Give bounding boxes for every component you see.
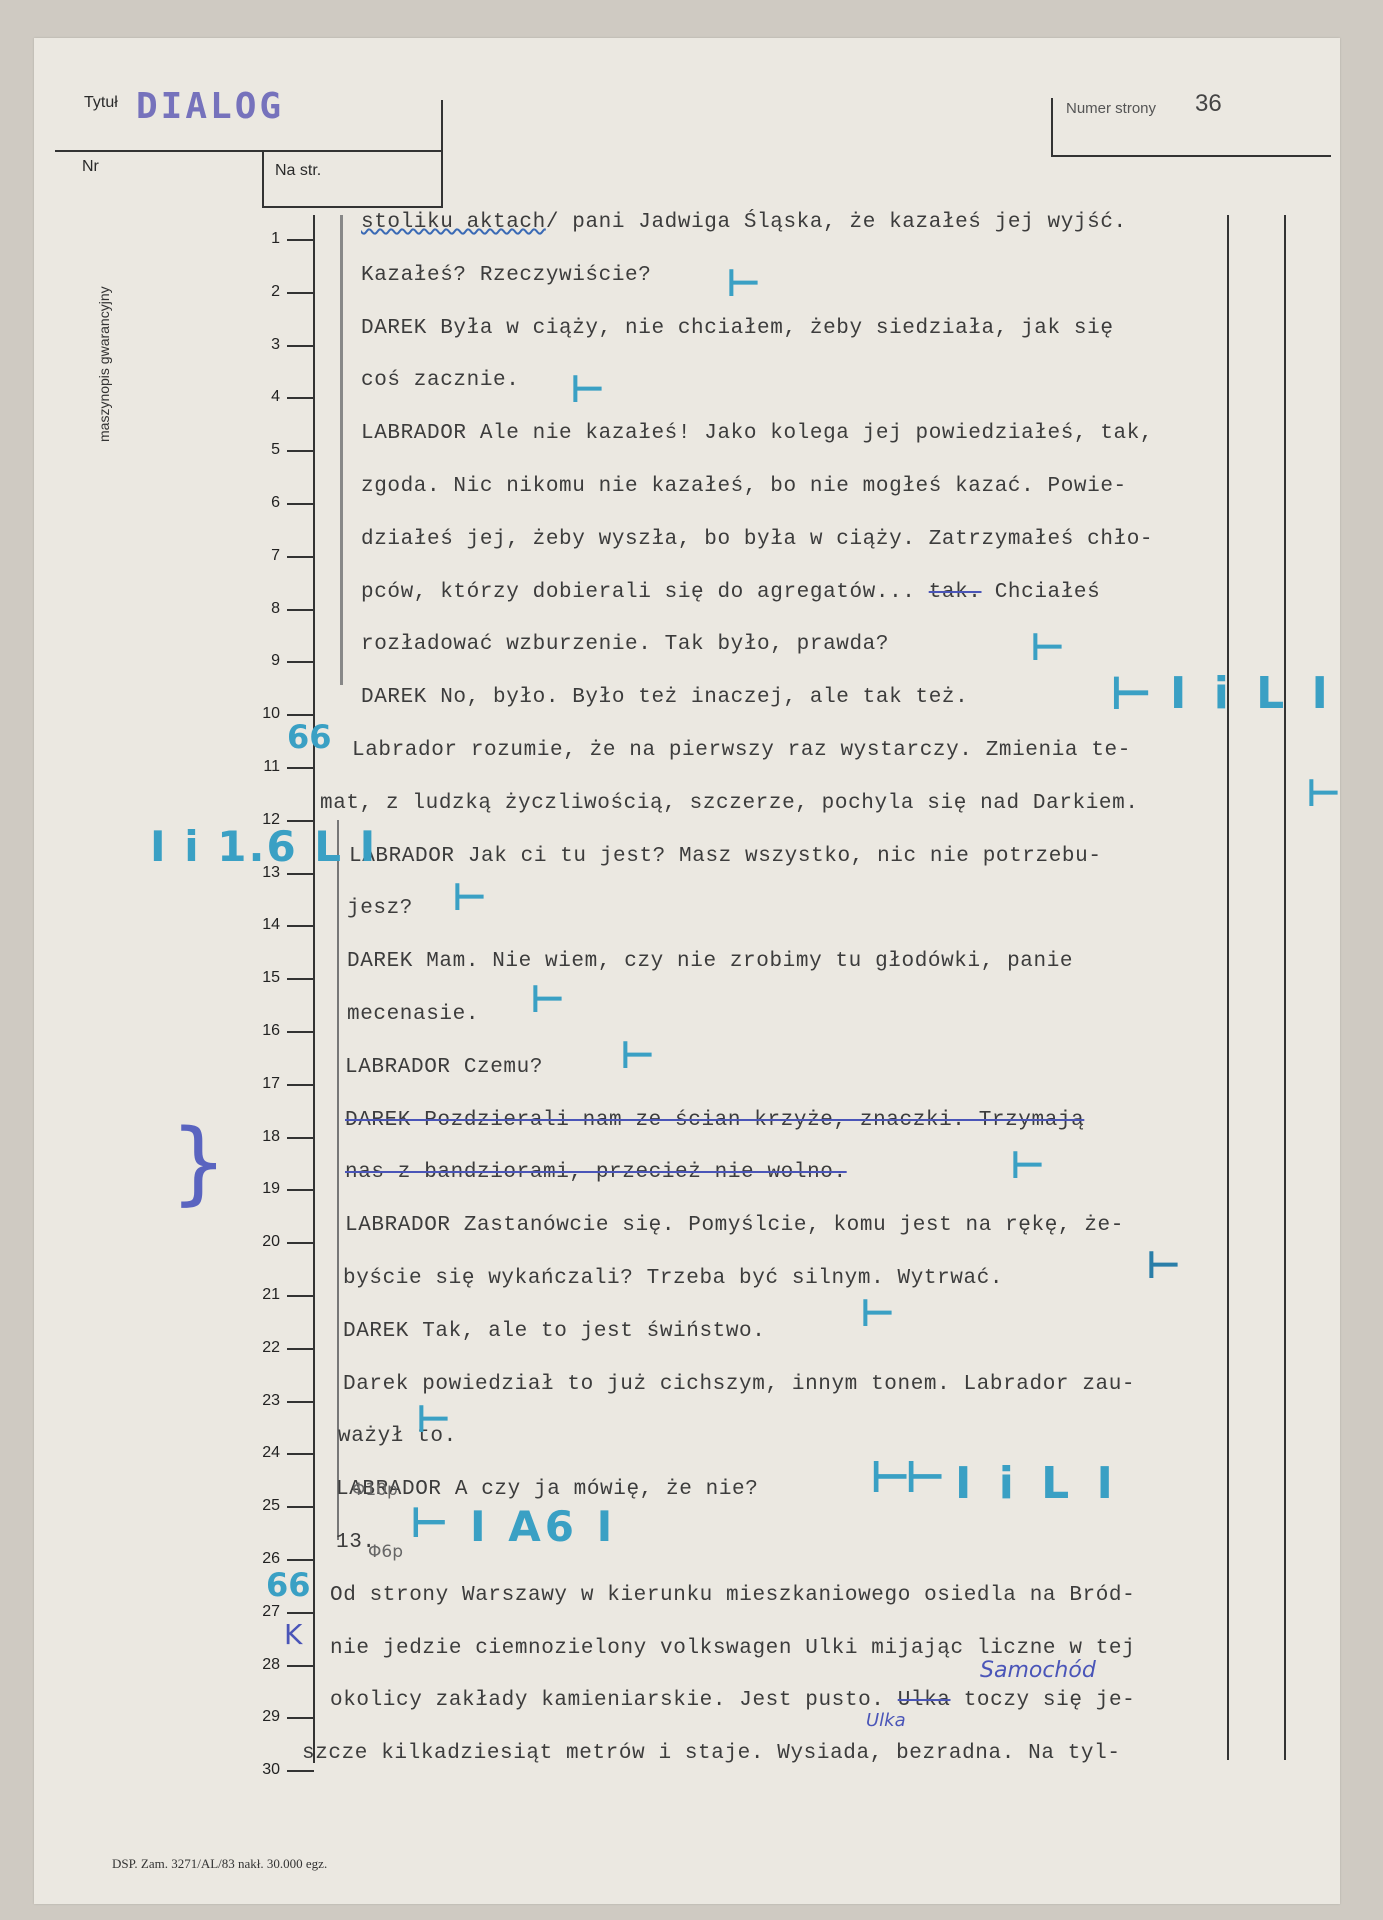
line-number: 30	[240, 1761, 280, 1779]
line-number: 28	[240, 1656, 280, 1674]
header-bottom-rule	[262, 206, 443, 208]
line-tick	[287, 1348, 314, 1350]
insert-samochod: Samochód	[980, 1658, 1096, 1683]
line-tick	[287, 714, 314, 716]
line-tick	[287, 661, 314, 663]
typed-line: szcze kilkadziesiąt metrów i staje. Wysi…	[302, 1742, 1121, 1765]
line-text: coś zacznie.	[361, 369, 519, 392]
line-tick	[287, 1189, 314, 1191]
margin-note: 66	[266, 1566, 311, 1604]
cut-mark: ⊢	[726, 264, 761, 302]
line-number: 25	[240, 1497, 280, 1515]
line-text: pców, którzy dobierali się do agregatów.…	[361, 581, 916, 604]
line-ruler	[313, 215, 315, 1763]
cut-mark: ⊢	[905, 1456, 945, 1500]
typed-line: LABRADOR Ale nie kazałeś! Jako kolega je…	[361, 422, 1153, 445]
line-text: DAREK Tak, ale to jest świństwo.	[343, 1320, 765, 1343]
typed-line: mat, z ludzką życzliwością, szczerze, po…	[320, 792, 1139, 815]
page-number: 36	[1195, 90, 1222, 118]
line-tick	[287, 1612, 314, 1614]
line-text: / pani Jadwiga Śląska, że kazałeś jej wy…	[546, 211, 1127, 234]
line-text: zgoda. Nic nikomu nie kazałeś, bo nie mo…	[361, 475, 1127, 498]
line-text: byście się wykańczali? Trzeba być silnym…	[343, 1267, 1003, 1290]
line-text-continued: Chciałeś	[982, 581, 1101, 604]
line-tick	[287, 873, 314, 875]
line-text: działeś jej, żeby wyszła, bo była w ciąż…	[361, 528, 1153, 551]
side-label: maszynopis gwarancyjny	[96, 286, 112, 442]
header-rule	[55, 150, 443, 152]
line-text: LABRADOR Jak ci tu jest? Masz wszystko, …	[349, 845, 1102, 868]
margin-k: K	[284, 1618, 302, 1651]
struck-text: DAREK Pozdzierali nam ze ścian krzyże, z…	[345, 1109, 1084, 1132]
line-tick	[287, 1401, 314, 1403]
cut-mark: ⊢	[416, 1400, 451, 1438]
line-text: Labrador rozumie, że na pierwszy raz wys…	[352, 739, 1131, 762]
typed-line: Darek powiedział to już cichszym, innym …	[343, 1373, 1135, 1396]
typed-line: mecenasie.	[347, 1003, 479, 1026]
typed-line: LABRADOR Zastanówcie się. Pomyślcie, kom…	[345, 1214, 1124, 1237]
pencil-note: Φ6p	[368, 1542, 403, 1562]
struck-text: tak.	[929, 581, 982, 604]
line-number: 21	[240, 1286, 280, 1304]
line-number: 1	[240, 230, 280, 248]
margin-squiggle: }	[170, 1110, 227, 1215]
line-number: 8	[240, 600, 280, 618]
line-number: 27	[240, 1603, 280, 1621]
line-tick	[287, 503, 314, 505]
line-text: DAREK Była w ciąży, nie chciałem, żeby s…	[361, 317, 1114, 340]
typed-line: LABRADOR A czy ja mówię, że nie?	[336, 1478, 758, 1501]
typed-line: byście się wykańczali? Trzeba być silnym…	[343, 1267, 1003, 1290]
line-number: 23	[240, 1392, 280, 1410]
typed-line: DAREK No, było. Było też inaczej, ale ta…	[361, 686, 968, 709]
line-number: 4	[240, 388, 280, 406]
line-number: 10	[240, 705, 280, 723]
line-tick	[287, 767, 314, 769]
line-number: 24	[240, 1444, 280, 1462]
line-text: Od strony Warszawy w kierunku mieszkanio…	[330, 1584, 1135, 1607]
cut-mark: ⊢	[620, 1036, 655, 1074]
line-tick	[287, 1084, 314, 1086]
line-tick	[287, 1665, 314, 1667]
line-text: LABRADOR Ale nie kazałeś! Jako kolega je…	[361, 422, 1153, 445]
shot-code: I i L Ⅰ	[1170, 668, 1334, 719]
line-number: 20	[240, 1233, 280, 1251]
line-tick	[287, 1295, 314, 1297]
typed-line: DAREK Pozdzierali nam ze ścian krzyże, z…	[345, 1109, 1084, 1132]
underlined-text: stoliku aktach	[361, 211, 546, 234]
typed-line: Od strony Warszawy w kierunku mieszkanio…	[330, 1584, 1135, 1607]
line-number: 18	[240, 1128, 280, 1146]
page-number-box-left	[1051, 98, 1053, 156]
line-tick	[287, 450, 314, 452]
typed-line: nie jedzie ciemnozielony volkswagen Ulki…	[330, 1637, 1135, 1660]
print-footer: DSP. Zam. 3271/AL/83 nakł. 30.000 egz.	[112, 1856, 327, 1872]
cut-mark: ⊢	[1306, 774, 1341, 812]
right-margin-line-2	[1284, 215, 1286, 1760]
line-tick	[287, 1770, 314, 1772]
typed-line: LABRADOR Jak ci tu jest? Masz wszystko, …	[349, 845, 1102, 868]
line-text: mat, z ludzką życzliwością, szczerze, po…	[320, 792, 1139, 815]
line-tick	[287, 1137, 314, 1139]
struck-text: nas z bandziorami, przecież nie wolno.	[345, 1161, 847, 1184]
struck-text: Ulka	[898, 1689, 951, 1712]
line-number: 15	[240, 969, 280, 987]
line-text: DAREK No, było. Było też inaczej, ale ta…	[361, 686, 968, 709]
line-number: 19	[240, 1180, 280, 1198]
line-text: jesz?	[347, 897, 413, 920]
pencil-note: Φ10p	[352, 1480, 398, 1500]
line-tick	[287, 1453, 314, 1455]
line-number: 3	[240, 336, 280, 354]
line-number: 16	[240, 1022, 280, 1040]
typed-line: LABRADOR Czemu?	[345, 1056, 543, 1079]
typed-line: działeś jej, żeby wyszła, bo była w ciąż…	[361, 528, 1153, 551]
shot-code: I A6 Ⅰ	[470, 1502, 616, 1551]
line-tick	[287, 1031, 314, 1033]
line-text: LABRADOR Zastanówcie się. Pomyślcie, kom…	[345, 1214, 1124, 1237]
cut-mark: ⊢	[410, 1502, 448, 1544]
line-number: 29	[240, 1708, 280, 1726]
line-tick	[287, 1717, 314, 1719]
cut-mark: ⊢	[1110, 670, 1152, 716]
page-number-box-rule	[1051, 155, 1331, 157]
right-margin-line-1	[1227, 215, 1229, 1760]
title-label: Tytuł	[84, 94, 118, 112]
line-text: DAREK Mam. Nie wiem, czy nie zrobimy tu …	[347, 950, 1073, 973]
line-tick	[287, 1242, 314, 1244]
na-str-label: Na str.	[275, 162, 321, 180]
typed-line: DAREK Mam. Nie wiem, czy nie zrobimy tu …	[347, 950, 1073, 973]
cut-mark: ⊢	[1146, 1246, 1181, 1284]
line-text: rozładować wzburzenie. Tak było, prawda?	[361, 633, 889, 656]
line-number: 22	[240, 1339, 280, 1357]
line-number: 2	[240, 283, 280, 301]
line-tick	[287, 609, 314, 611]
line-number: 6	[240, 494, 280, 512]
line-text: LABRADOR A czy ja mówię, że nie?	[336, 1478, 758, 1501]
header-divider	[262, 150, 264, 208]
line-tick	[287, 925, 314, 927]
typed-line: pców, którzy dobierali się do agregatów.…	[361, 581, 1100, 604]
line-text: szcze kilkadziesiąt metrów i staje. Wysi…	[302, 1742, 1121, 1765]
typed-line: zgoda. Nic nikomu nie kazałeś, bo nie mo…	[361, 475, 1127, 498]
cut-mark: ⊢	[1010, 1146, 1045, 1184]
shot-code: I i L Ⅰ	[955, 1458, 1119, 1509]
typed-line: Labrador rozumie, że na pierwszy raz wys…	[352, 739, 1131, 762]
line-text: nie jedzie ciemnozielony volkswagen Ulki…	[330, 1637, 1135, 1660]
title-stamp: DIALOG	[136, 86, 284, 127]
line-tick	[287, 239, 314, 241]
line-number: 7	[240, 547, 280, 565]
typed-line: DAREK Była w ciąży, nie chciałem, żeby s…	[361, 317, 1114, 340]
line-text: mecenasie.	[347, 1003, 479, 1026]
margin-bar-upper	[340, 215, 343, 685]
typed-line: rozładować wzburzenie. Tak było, prawda?	[361, 633, 889, 656]
typed-line: coś zacznie.	[361, 369, 519, 392]
line-tick	[287, 1506, 314, 1508]
margin-note: 66	[287, 718, 332, 756]
cut-mark: ⊢	[530, 980, 565, 1018]
line-tick	[287, 397, 314, 399]
line-text: okolicy zakłady kamieniarskie. Jest pust…	[330, 1689, 885, 1712]
typed-line: jesz?	[347, 897, 413, 920]
line-number: 17	[240, 1075, 280, 1093]
cut-mark: ⊢	[570, 370, 605, 408]
line-text-continued: toczy się je-	[951, 1689, 1136, 1712]
typed-line: nas z bandziorami, przecież nie wolno.	[345, 1161, 847, 1184]
typed-line: okolicy zakłady kamieniarskie. Jest pust…	[330, 1689, 1135, 1712]
shot-code-margin: I i 1.6 L Ⅰ	[150, 822, 377, 871]
line-text: Kazałeś? Rzeczywiście?	[361, 264, 651, 287]
cut-mark: ⊢	[1030, 628, 1065, 666]
line-number: 5	[240, 441, 280, 459]
line-text: LABRADOR Czemu?	[345, 1056, 543, 1079]
typed-line: DAREK Tak, ale to jest świństwo.	[343, 1320, 765, 1343]
line-tick	[287, 556, 314, 558]
typed-line: stoliku aktach/ pani Jadwiga Śląska, że …	[361, 211, 1127, 234]
line-number: 11	[240, 758, 280, 776]
typed-line: Kazałeś? Rzeczywiście?	[361, 264, 651, 287]
cut-mark: ⊢	[452, 878, 487, 916]
cut-mark: ⊢	[860, 1294, 895, 1332]
page-number-label: Numer strony	[1066, 100, 1156, 117]
line-tick	[287, 292, 314, 294]
line-tick	[287, 1559, 314, 1561]
line-tick	[287, 978, 314, 980]
line-number: 9	[240, 652, 280, 670]
line-number: 14	[240, 916, 280, 934]
nr-label: Nr	[82, 158, 99, 176]
line-text: Darek powiedział to już cichszym, innym …	[343, 1373, 1135, 1396]
line-tick	[287, 345, 314, 347]
insert-ulka: Ulka	[866, 1710, 906, 1731]
header-right-border	[441, 100, 443, 208]
